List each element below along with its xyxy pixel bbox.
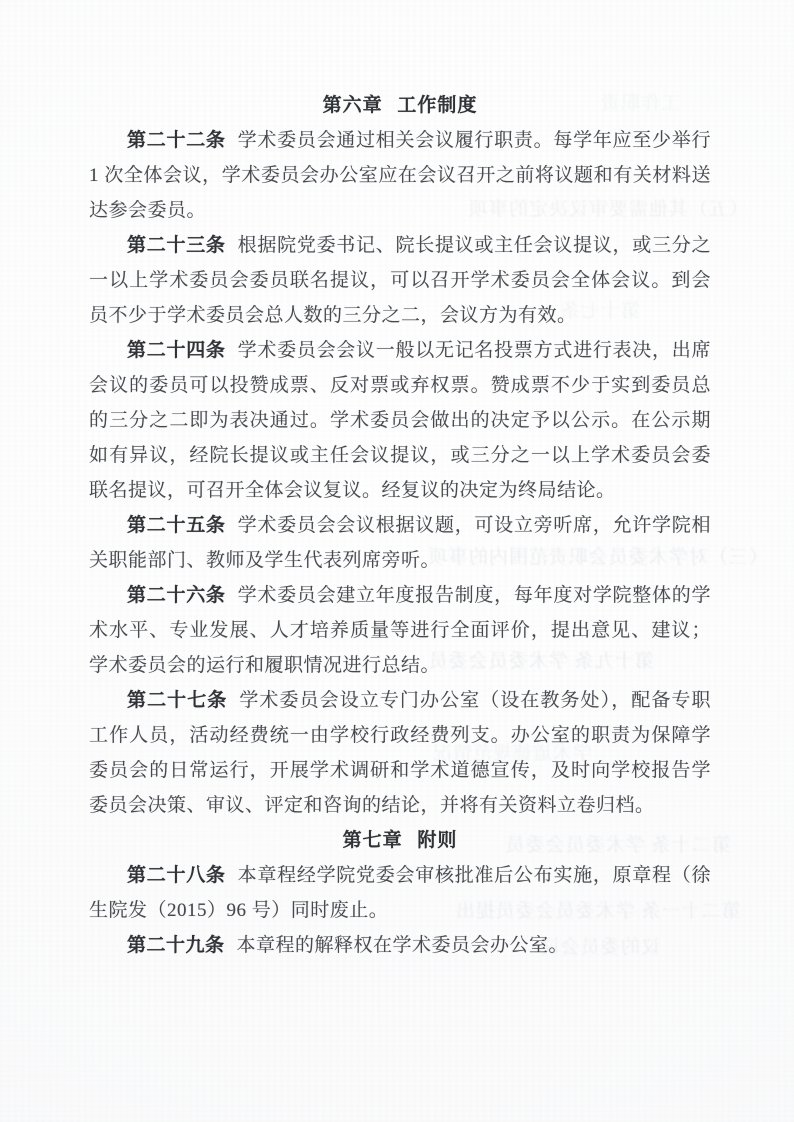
article-text: 本章程的解释权在学术委员会办公室。 [237,935,569,956]
document-page: 工作职责（五）其他需要审议决定的事项第十七条（三）对学术委员会职责范围内的事项第… [0,0,794,1122]
text-line: 达参会委员。 [89,193,711,228]
text-line: 关职能部门、教师及学生代表列席旁听。 [89,543,711,578]
article-paragraph: 第二十四条学术委员会会议一般以无记名投票方式进行表决，出席会议的委员可以投赞成票… [89,333,711,508]
article-number: 第二十八条 [127,865,226,886]
text-line: 学术委员会的运行和履职情况进行总结。 [89,648,711,683]
text-line: 第二十九条本章程的解释权在学术委员会办公室。 [89,928,711,963]
text-line: 第二十五条学术委员会会议根据议题，可设立旁听席，允许学院相 [89,508,711,543]
text-line: 第二十二条学术委员会通过相关会议履行职责。每学年应至少举行 [89,123,711,158]
text-line: 第二十八条本章程经学院党委会审核批准后公布实施，原章程（徐 [89,858,711,893]
text-line: 委员会决策、审议、评定和咨询的结论，并将有关资料立卷归档。 [89,788,711,823]
article-text: 学术委员会会议一般以无记名投票方式进行表决，出席 [238,340,711,361]
article-paragraph: 第二十八条本章程经学院党委会审核批准后公布实施，原章程（徐生院发（2015）96… [89,858,711,928]
article-text: 本章程经学院党委会审核批准后公布实施，原章程（徐 [238,865,711,886]
text-line: 第二十七条学术委员会设立专门办公室（设在教务处），配备专职 [89,683,711,718]
article-paragraph: 第二十五条学术委员会会议根据议题，可设立旁听席，允许学院相关职能部门、教师及学生… [89,508,711,578]
text-line: 第二十六条学术委员会建立年度报告制度，每年度对学院整体的学 [89,578,711,613]
text-line: 工作人员，活动经费统一由学校行政经费列支。办公室的职责为保障学术 [89,718,711,753]
article-text: 学术委员会设立专门办公室（设在教务处），配备专职 [239,690,711,711]
text-line: 如有异议，经院长提议或主任会议提议，或三分之一以上学术委员会委员 [89,438,711,473]
article-paragraph: 第二十七条学术委员会设立专门办公室（设在教务处），配备专职工作人员，活动经费统一… [89,683,711,823]
text-line: 一以上学术委员会委员联名提议，可以召开学术委员会全体会议。到会人 [89,263,711,298]
text-line: 术水平、专业发展、人才培养质量等进行全面评价，提出意见、建议；对 [89,613,711,648]
article-number: 第二十四条 [127,340,226,361]
text-line: 员不少于学术委员会总人数的三分之二，会议方为有效。 [89,298,711,333]
article-paragraph: 第二十三条根据院党委书记、院长提议或主任会议提议，或三分之一以上学术委员会委员联… [89,228,711,333]
chapter-heading: 第六章 工作制度 [89,88,711,123]
article-paragraph: 第二十二条学术委员会通过相关会议履行职责。每学年应至少举行1 次全体会议，学术委… [89,123,711,228]
text-line: 生院发（2015）96 号）同时废止。 [89,893,711,928]
text-line: 第二十四条学术委员会会议一般以无记名投票方式进行表决，出席 [89,333,711,368]
text-line: 的三分之二即为表决通过。学术委员会做出的决定予以公示。在公示期内 [89,403,711,438]
text-line: 第二十三条根据院党委书记、院长提议或主任会议提议，或三分之 [89,228,711,263]
article-number: 第二十二条 [127,130,226,151]
article-text: 学术委员会通过相关会议履行职责。每学年应至少举行 [238,130,711,151]
article-number: 第二十六条 [127,585,226,606]
document-text: 第六章 工作制度第二十二条学术委员会通过相关会议履行职责。每学年应至少举行1 次… [89,88,711,963]
article-number: 第二十三条 [127,235,226,256]
article-paragraph: 第二十六条学术委员会建立年度报告制度，每年度对学院整体的学术水平、专业发展、人才… [89,578,711,683]
article-number: 第二十五条 [127,515,226,536]
text-line: 会议的委员可以投赞成票、反对票或弃权票。赞成票不少于实到委员总数 [89,368,711,403]
article-text: 学术委员会会议根据议题，可设立旁听席，允许学院相 [238,515,711,536]
chapter-heading: 第七章 附则 [89,823,711,858]
text-line: 委员会的日常运行，开展学术调研和学术道德宣传，及时向学校报告学术 [89,753,711,788]
text-line: 1 次全体会议，学术委员会办公室应在会议召开之前将议题和有关材料送 [89,158,711,193]
article-number: 第二十九条 [127,935,225,956]
article-text: 学术委员会建立年度报告制度，每年度对学院整体的学 [238,585,711,606]
article-text: 根据院党委书记、院长提议或主任会议提议，或三分之 [238,235,711,256]
text-line: 联名提议，可召开全体会议复议。经复议的决定为终局结论。 [89,473,711,508]
article-paragraph: 第二十九条本章程的解释权在学术委员会办公室。 [89,928,711,963]
article-number: 第二十七条 [127,690,227,711]
